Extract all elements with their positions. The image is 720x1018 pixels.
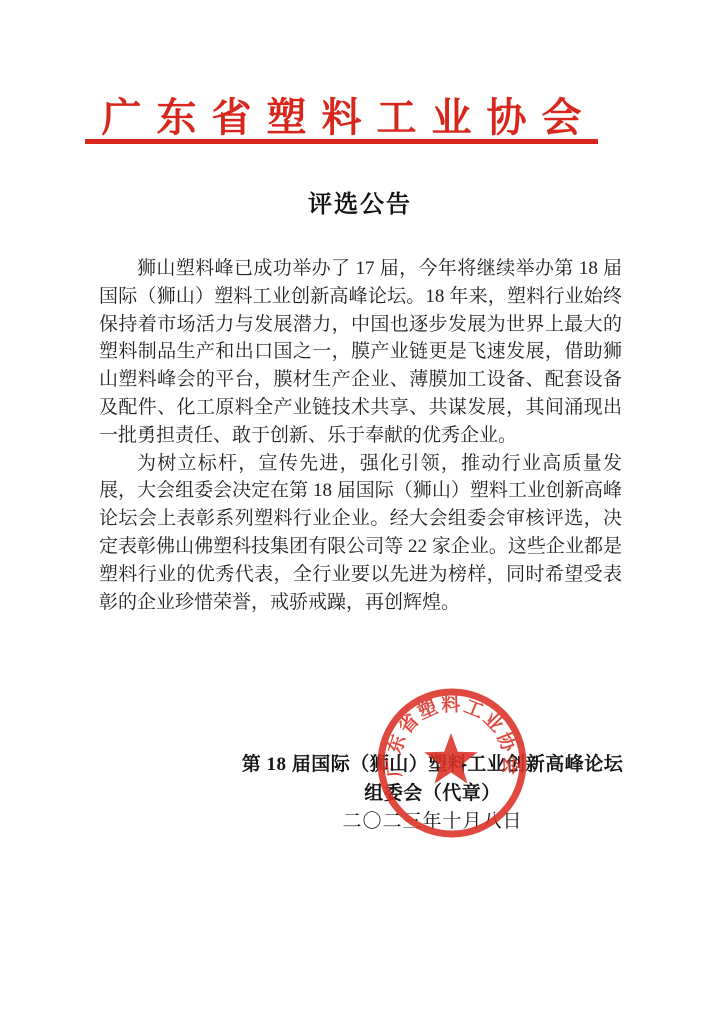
signature-committee: 组委会（代章）: [240, 780, 625, 809]
letterhead-divider-line: [85, 139, 598, 144]
signature-block: 第 18 届国际（狮山）塑料工业创新高峰论坛 组委会（代章） 二〇二三年十月八日: [240, 751, 625, 837]
signature-forum-name: 第 18 届国际（狮山）塑料工业创新高峰论坛: [240, 751, 625, 780]
document-title: 评选公告: [0, 184, 720, 219]
signature-date: 二〇二三年十月八日: [240, 808, 625, 837]
announcement-document: 广东省塑料工业协会 评选公告 狮山塑料峰已成功举办了 17 届，今年将继续举办第…: [0, 0, 720, 1018]
body-paragraph-1: 狮山塑料峰已成功举办了 17 届，今年将继续举办第 18 届国际（狮山）塑料工业…: [99, 255, 622, 450]
body-paragraph-2: 为树立标杆，宣传先进，强化引领，推动行业高质量发展，大会组委会决定在第 18 届…: [99, 450, 622, 617]
association-letterhead-title: 广东省塑料工业协会: [85, 86, 598, 143]
document-body: 狮山塑料峰已成功举办了 17 届，今年将继续举办第 18 届国际（狮山）塑料工业…: [99, 255, 622, 616]
